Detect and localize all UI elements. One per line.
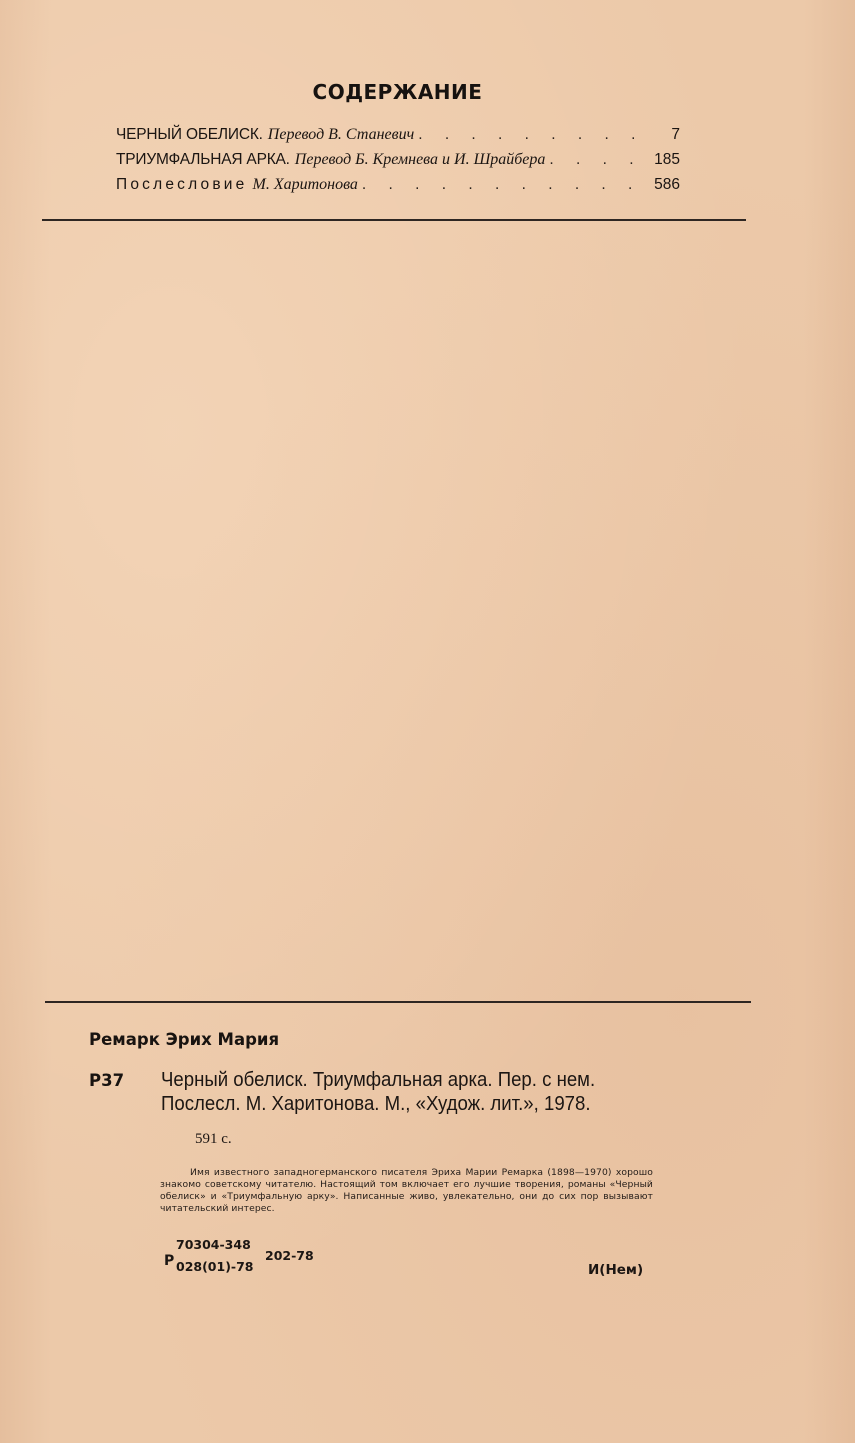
bbk-side-code: 202-78 (265, 1248, 314, 1263)
toc-entry-black-obelisk[interactable]: ЧЕРНЫЙ ОБЕЛИСК. Перевод В. Станевич 7 (116, 126, 680, 151)
leader-dots (418, 126, 650, 144)
toc-entry-arch-of-triumph[interactable]: ТРИУМФАЛЬНАЯ АРКА. Перевод Б. Кремнева и… (116, 151, 680, 176)
toc-entry-title: ЧЕРНЫЙ ОБЕЛИСК. (116, 126, 263, 144)
bbk-denominator: 028(01)-78 (176, 1259, 254, 1274)
catalog-page-count: 591 с. (195, 1131, 232, 1148)
contents-heading: СОДЕРЖАНИЕ (0, 80, 795, 104)
catalog-index-code: Р37 (89, 1071, 124, 1090)
leader-dots (362, 176, 650, 194)
catalog-annotation: Имя известного западногерманского писате… (160, 1167, 653, 1215)
toc-entry-title: ТРИУМФАЛЬНАЯ АРКА. (116, 151, 290, 169)
bbk-numerator: 70304-348 (176, 1237, 251, 1252)
toc-entry-afterword[interactable]: Послесловие М. Харитонова 586 (116, 176, 680, 201)
divider-bottom (45, 1001, 751, 1003)
toc-entry-page: 185 (654, 151, 680, 169)
catalog-author: Ремарк Эрих Мария (89, 1030, 279, 1049)
toc-entry-title: Послесловие (116, 176, 247, 194)
toc-entry-translator: М. Харитонова (252, 176, 357, 194)
toc-entry-translator: Перевод Б. Кремнева и И. Шрайбера (295, 151, 546, 169)
bbk-letter: Р (164, 1253, 174, 1269)
catalog-description: Черный обелиск. Триумфальная арка. Пер. … (161, 1068, 654, 1116)
leader-dots (549, 151, 650, 169)
toc-entry-page: 7 (654, 126, 680, 144)
toc-entry-page: 586 (654, 176, 680, 194)
catalog-language-code: И(Нем) (588, 1262, 643, 1278)
toc-entry-translator: Перевод В. Станевич (268, 126, 414, 144)
divider-top (42, 219, 746, 221)
table-of-contents: ЧЕРНЫЙ ОБЕЛИСК. Перевод В. Станевич 7 ТР… (116, 126, 680, 201)
